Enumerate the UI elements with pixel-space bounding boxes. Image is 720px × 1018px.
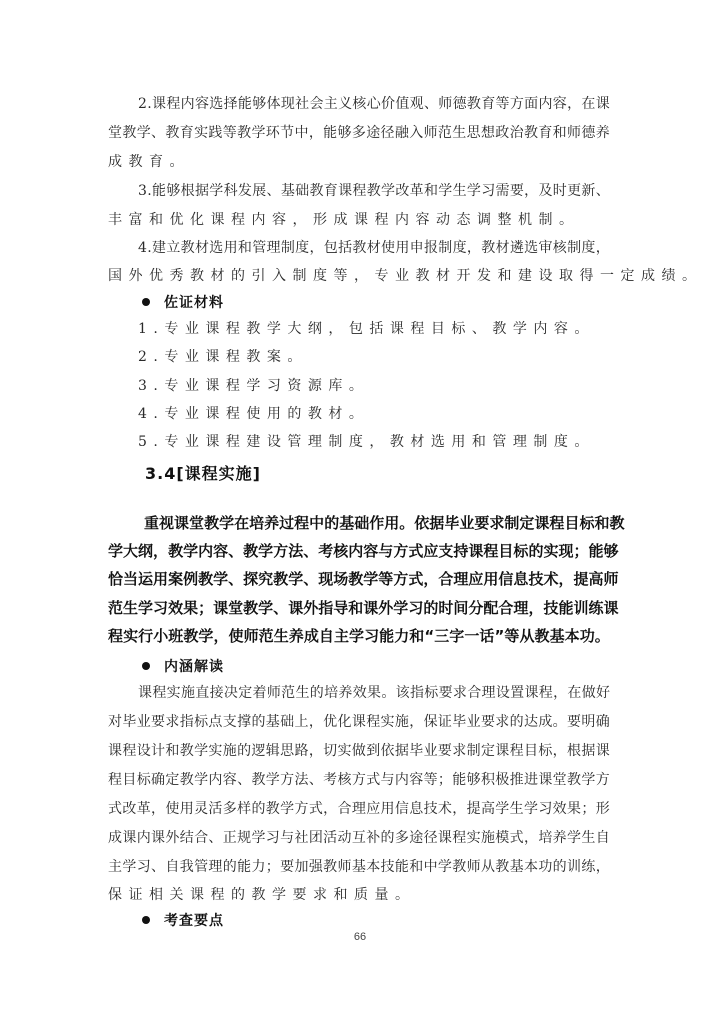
- evidence-item: 4.专业课程使用的教材。: [138, 405, 610, 423]
- paragraph-line: 国外优秀教材的引入制度等，专业教材开发和建设取得一定成绩。: [108, 267, 610, 285]
- evidence-item: 5.专业课程建设管理制度，教材选用和管理制度。: [138, 433, 610, 451]
- interpretation-heading: 内涵解读: [142, 656, 224, 676]
- section-heading: 3.4[课程实施]: [145, 461, 261, 484]
- standard-line: 恰当运用案例教学、探究教学、现场教学等方式，合理应用信息技术，提高师: [108, 570, 610, 588]
- paragraph-line: 程目标确定教学内容、教学方法、考核方式与内容等；能够积极推进课堂教学方: [108, 771, 610, 789]
- paragraph-line: 2.课程内容选择能够体现社会主义核心价值观、师德教育等方面内容，在课: [138, 95, 610, 113]
- paragraph-line: 课程设计和教学实施的逻辑思路，切实做到依据毕业要求制定课程目标，根据课: [108, 742, 610, 760]
- paragraph-line: 堂教学、教育实践等教学环节中，能够多途径融入师范生思想政治教育和师德养: [108, 124, 610, 142]
- check-points-heading: 考查要点: [142, 910, 224, 930]
- check-points-title: 考查要点: [164, 910, 224, 930]
- paragraph-line: 成课内课外结合、正规学习与社团活动互补的多途径课程实施模式，培养学生自: [108, 829, 610, 847]
- paragraph-line: 课程实施直接决定着师范生的培养效果。该指标要求合理设置课程，在做好: [138, 684, 610, 702]
- paragraph-line: 保证相关课程的教学要求和质量。: [108, 886, 610, 904]
- paragraph-line: 丰富和优化课程内容，形成课程内容动态调整机制。: [108, 211, 610, 229]
- bullet-icon: [142, 662, 150, 670]
- evidence-item: 2.专业课程教案。: [138, 348, 610, 366]
- paragraph-line: 对毕业要求指标点支撑的基础上，优化课程实施，保证毕业要求的达成。要明确: [108, 713, 610, 731]
- evidence-heading: 佐证材料: [142, 292, 224, 312]
- paragraph-line: 主学习、自我管理的能力；要加强教师基本技能和中学教师从教基本功的训练，: [108, 858, 610, 876]
- evidence-title: 佐证材料: [164, 292, 224, 312]
- standard-line: 学大纲，教学内容、教学方法、考核内容与方式应支持课程目标的实现；能够: [108, 542, 610, 560]
- bullet-icon: [142, 916, 150, 924]
- evidence-item: 1.专业课程教学大纲，包括课程目标、教学内容。: [138, 320, 610, 338]
- standard-line: 重视课堂教学在培养过程中的基础作用。依据毕业要求制定课程目标和教: [144, 514, 610, 532]
- evidence-item: 3.专业课程学习资源库。: [138, 377, 610, 395]
- paragraph-line: 3.能够根据学科发展、基础教育课程教学改革和学生学习需要，及时更新、: [138, 182, 610, 200]
- paragraph-line: 式改革，使用灵活多样的教学方式，合理应用信息技术，提高学生学习效果；形: [108, 800, 610, 818]
- paragraph-line: 成教育。: [108, 153, 610, 171]
- standard-line: 程实行小班教学，使师范生养成自主学习能力和“三字一话”等从教基本功。: [108, 627, 610, 645]
- interpretation-title: 内涵解读: [164, 656, 224, 676]
- standard-line: 范生学习效果；课堂教学、课外指导和课外学习的时间分配合理，技能训练课: [108, 599, 610, 617]
- page-number: 66: [0, 931, 720, 943]
- bullet-icon: [142, 298, 150, 306]
- paragraph-line: 4.建立教材选用和管理制度，包括教材使用申报制度，教材遴选审核制度，: [138, 239, 610, 257]
- document-page: 2.课程内容选择能够体现社会主义核心价值观、师德教育等方面内容，在课 堂教学、教…: [0, 0, 720, 1018]
